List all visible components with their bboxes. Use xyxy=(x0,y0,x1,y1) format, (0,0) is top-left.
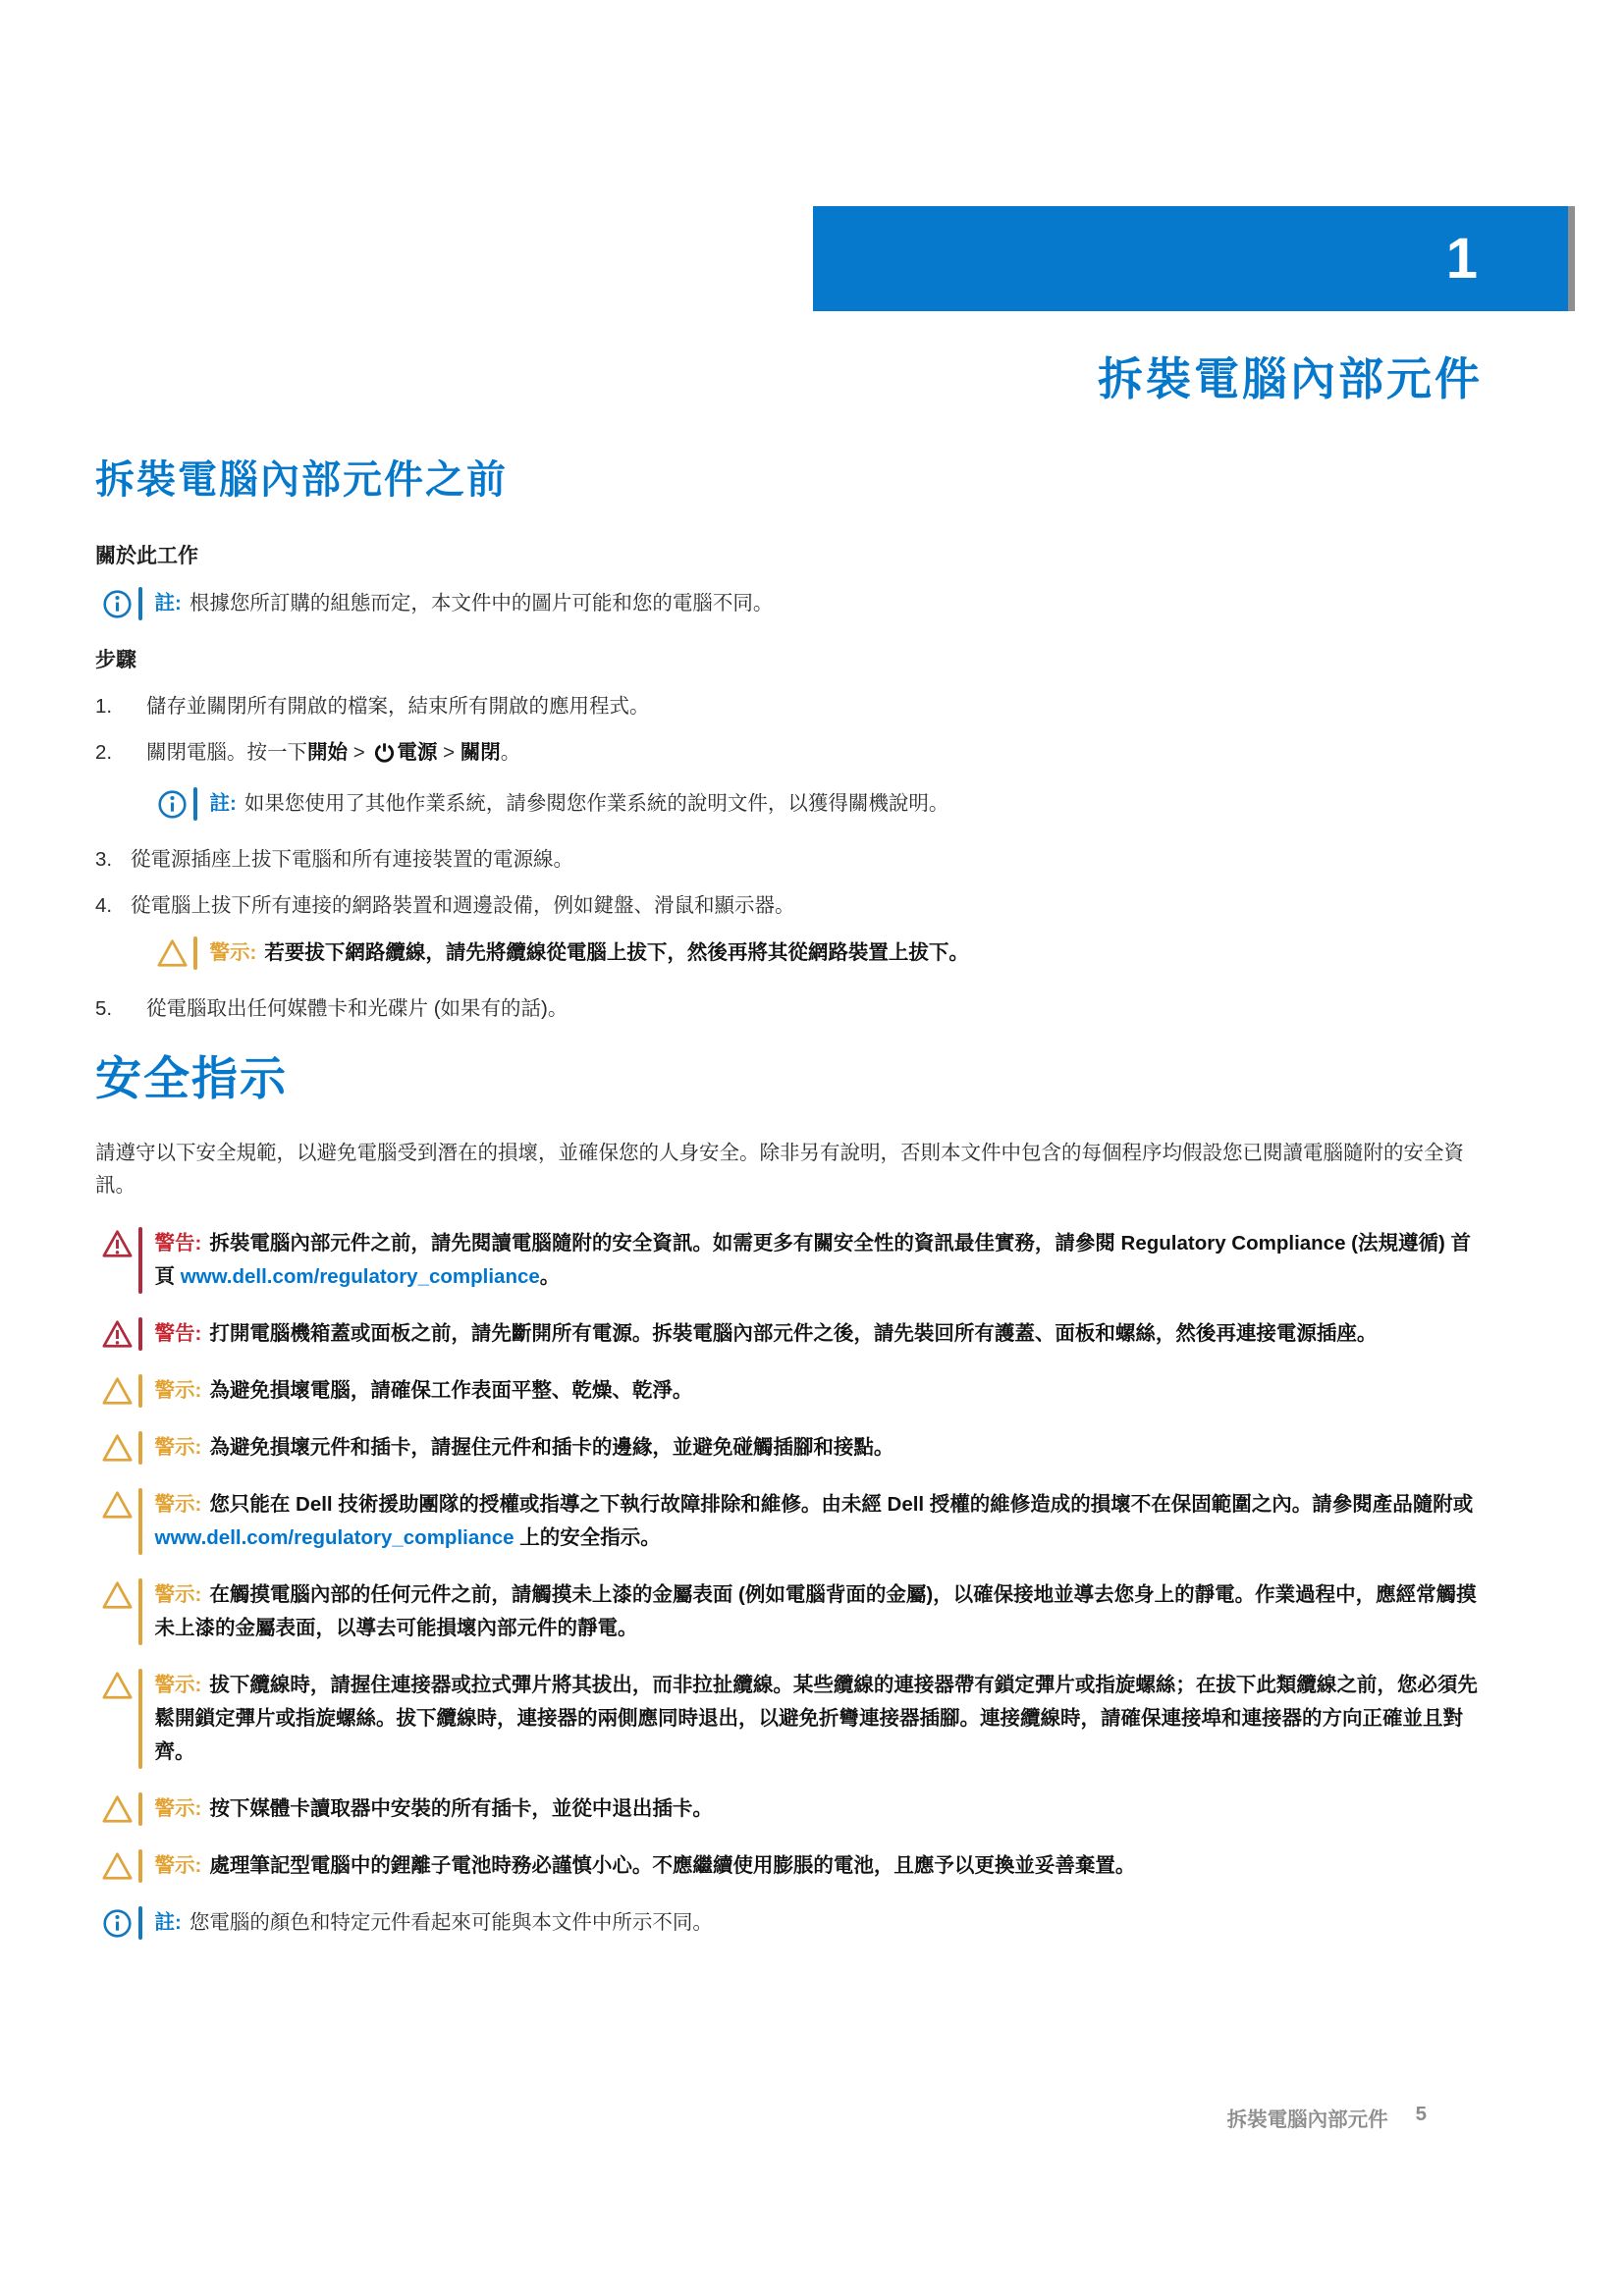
text-segment: 關閉 xyxy=(460,741,501,764)
note-callout-text: 註:如果您使用了其他作業系統，請參閱您作業系統的說明文件，以獲得關機說明。 xyxy=(210,787,1483,821)
note-callout-label: 註: xyxy=(155,1911,182,1934)
text-segment: 從電腦取出任何媒體卡和光碟片 (如果有的話)。 xyxy=(146,997,568,1020)
text-segment: 按下媒體卡讀取器中安裝的所有插卡，並從中退出插卡。 xyxy=(209,1797,713,1820)
regulatory-compliance-link[interactable]: www.dell.com/regulatory_compliance xyxy=(181,1265,540,1288)
step-item: 3.從電源插座上拔下電腦和所有連接裝置的電源線。 xyxy=(95,844,1482,876)
callout-vertical-bar xyxy=(138,1849,142,1883)
callout-vertical-bar xyxy=(138,1374,142,1408)
chapter-banner: 1 xyxy=(813,206,1575,311)
caution-callout-text: 警示:在觸摸電腦內部的任何元件之前，請觸摸未上漆的金屬表面 (例如電腦背面的金屬… xyxy=(155,1578,1483,1645)
body-paragraph: 請遵守以下安全規範，以避免電腦受到潛在的損壞，並確保您的人身安全。除非另有說明，… xyxy=(95,1137,1482,1201)
note-callout-label: 註: xyxy=(210,792,237,815)
step-number: 4. xyxy=(95,890,131,922)
warning-triangle-icon xyxy=(95,1431,138,1465)
caution-callout-text: 警示:為避免損壞電腦，請確保工作表面平整、乾燥、乾淨。 xyxy=(155,1374,1483,1408)
text-segment: 請遵守以下安全規範，以避免電腦受到潛在的損壞，並確保您的人身安全。除非另有說明，… xyxy=(95,1142,1464,1197)
warning-triangle-icon xyxy=(95,1488,138,1555)
caution-callout-text: 警示:按下媒體卡讀取器中安裝的所有插卡，並從中退出插卡。 xyxy=(155,1792,1483,1826)
warning-callout-label: 警告: xyxy=(155,1232,202,1255)
step-text: 從電腦上拔下所有連接的網路裝置和週邊設備，例如鍵盤、滑鼠和顯示器。 xyxy=(131,890,1482,922)
step-text: 從電腦取出任何媒體卡和光碟片 (如果有的話)。 xyxy=(146,993,1482,1025)
callout-vertical-bar xyxy=(138,1488,142,1555)
section-heading: 拆裝電腦內部元件之前 xyxy=(95,457,1482,503)
text-segment: 拔下纜線時，請握住連接器或拉式彈片將其拔出，而非拉扯纜線。某些纜線的連接器帶有鎖… xyxy=(155,1674,1478,1763)
warning-callout-text: 警告:打開電腦機箱蓋或面板之前，請先斷開所有電源。拆裝電腦內部元件之後，請先裝回… xyxy=(155,1317,1483,1351)
warning-triangle-icon xyxy=(95,1792,138,1826)
text-segment: 。 xyxy=(540,1265,561,1288)
note-callout-label: 註: xyxy=(155,592,182,614)
text-segment: 為避免損壞元件和插卡，請握住元件和插卡的邊緣，並避免碰觸插腳和接點。 xyxy=(209,1436,893,1459)
text-segment: 。 xyxy=(501,741,521,764)
text-segment: 在觸摸電腦內部的任何元件之前，請觸摸未上漆的金屬表面 (例如電腦背面的金屬)，以… xyxy=(155,1583,1477,1639)
step-item: 2.關閉電腦。按一下開始 > 電源 > 關閉。 xyxy=(95,737,1482,773)
regulatory-compliance-link[interactable]: www.dell.com/regulatory_compliance xyxy=(155,1526,514,1549)
warning-triangle-icon xyxy=(95,1849,138,1883)
text-segment: 上的安全指示。 xyxy=(514,1526,661,1549)
page-footer: 拆裝電腦內部元件 5 xyxy=(1227,2103,1427,2132)
text-segment: 關閉電腦。按一下 xyxy=(146,741,307,764)
chapter-title: 拆裝電腦內部元件 xyxy=(1098,344,1483,408)
callout-vertical-bar xyxy=(138,1669,142,1769)
note-callout: 註:根據您所訂購的組態而定，本文件中的圖片可能和您的電腦不同。 xyxy=(95,587,1482,620)
note-callout-text: 註:您電腦的顏色和特定元件看起來可能與本文件中所示不同。 xyxy=(155,1906,1483,1940)
caution-callout-text: 警示:拔下纜線時，請握住連接器或拉式彈片將其拔出，而非拉扯纜線。某些纜線的連接器… xyxy=(155,1669,1483,1769)
sub-section-label: 關於此工作 xyxy=(95,540,1482,569)
caution-callout: 警示:若要拔下網路纜線，請先將纜線從電腦上拔下，然後再將其從網路裝置上拔下。 xyxy=(150,936,1482,970)
caution-callout-label: 警示: xyxy=(210,941,257,964)
callout-vertical-bar xyxy=(138,587,142,620)
text-segment: 您電腦的顏色和特定元件看起來可能與本文件中所示不同。 xyxy=(189,1911,713,1934)
section-heading: 安全指示 xyxy=(95,1052,1482,1105)
step-number: 1. xyxy=(95,691,146,722)
callout-vertical-bar xyxy=(138,1431,142,1465)
callout-vertical-bar xyxy=(138,1578,142,1645)
caution-callout: 警示:在觸摸電腦內部的任何元件之前，請觸摸未上漆的金屬表面 (例如電腦背面的金屬… xyxy=(95,1578,1482,1645)
note-callout-text: 註:根據您所訂購的組態而定，本文件中的圖片可能和您的電腦不同。 xyxy=(155,587,1483,620)
sub-section-label: 步驟 xyxy=(95,644,1482,673)
text-segment: 您只能在 Dell 技術援助團隊的授權或指導之下執行故障排除和維修。由未經 De… xyxy=(209,1493,1473,1516)
callout-vertical-bar xyxy=(138,1906,142,1940)
caution-callout-text: 警示:為避免損壞元件和插卡，請握住元件和插卡的邊緣，並避免碰觸插腳和接點。 xyxy=(155,1431,1483,1465)
step-text: 關閉電腦。按一下開始 > 電源 > 關閉。 xyxy=(146,737,1482,773)
text-segment: 如果您使用了其他作業系統，請參閱您作業系統的說明文件，以獲得關機說明。 xyxy=(244,792,949,815)
warning-triangle-icon xyxy=(95,1669,138,1769)
caution-callout-text: 警示:處理筆記型電腦中的鋰離子電池時務必謹慎小心。不應繼續使用膨脹的電池，且應予… xyxy=(155,1849,1483,1883)
caution-callout: 警示:處理筆記型電腦中的鋰離子電池時務必謹慎小心。不應繼續使用膨脹的電池，且應予… xyxy=(95,1849,1482,1883)
note-callout: 註:如果您使用了其他作業系統，請參閱您作業系統的說明文件，以獲得關機說明。 xyxy=(150,787,1482,821)
step-item: 5.從電腦取出任何媒體卡和光碟片 (如果有的話)。 xyxy=(95,993,1482,1025)
caution-callout-label: 警示: xyxy=(155,1379,202,1402)
step-text: 從電源插座上拔下電腦和所有連接裝置的電源線。 xyxy=(131,844,1482,876)
step-text: 儲存並關閉所有開啟的檔案，結束所有開啟的應用程式。 xyxy=(146,691,1482,722)
step-number: 2. xyxy=(95,737,146,773)
note-callout: 註:您電腦的顏色和特定元件看起來可能與本文件中所示不同。 xyxy=(95,1906,1482,1940)
caution-callout: 警示:按下媒體卡讀取器中安裝的所有插卡，並從中退出插卡。 xyxy=(95,1792,1482,1826)
callout-vertical-bar xyxy=(138,1317,142,1351)
text-segment: 處理筆記型電腦中的鋰離子電池時務必謹慎小心。不應繼續使用膨脹的電池，且應予以更換… xyxy=(209,1854,1135,1877)
callout-vertical-bar xyxy=(138,1227,142,1294)
warning-callout-label: 警告: xyxy=(155,1322,202,1345)
caution-callout-label: 警示: xyxy=(155,1583,202,1606)
callout-vertical-bar xyxy=(193,936,197,970)
text-segment: 為避免損壞電腦，請確保工作表面平整、乾燥、乾淨。 xyxy=(209,1379,692,1402)
text-segment: > xyxy=(348,741,370,764)
footer-chapter-label: 拆裝電腦內部元件 xyxy=(1227,2103,1388,2132)
power-icon xyxy=(374,741,395,773)
callout-vertical-bar xyxy=(138,1792,142,1826)
caution-callout-label: 警示: xyxy=(155,1493,202,1516)
text-segment: 從電腦上拔下所有連接的網路裝置和週邊設備，例如鍵盤、滑鼠和顯示器。 xyxy=(131,894,795,917)
text-segment: 打開電腦機箱蓋或面板之前，請先斷開所有電源。拆裝電腦內部元件之後，請先裝回所有護… xyxy=(209,1322,1377,1345)
text-segment: 根據您所訂購的組態而定，本文件中的圖片可能和您的電腦不同。 xyxy=(189,592,774,614)
footer-page-number: 5 xyxy=(1416,2103,1427,2132)
text-segment: 從電源插座上拔下電腦和所有連接裝置的電源線。 xyxy=(131,848,573,871)
step-item: 1.儲存並關閉所有開啟的檔案，結束所有開啟的應用程式。 xyxy=(95,691,1482,722)
step-item: 4.從電腦上拔下所有連接的網路裝置和週邊設備，例如鍵盤、滑鼠和顯示器。 xyxy=(95,890,1482,922)
content-flow: 拆裝電腦內部元件之前關於此工作註:根據您所訂購的組態而定，本文件中的圖片可能和您… xyxy=(95,457,1482,1963)
caution-callout: 警示:拔下纜線時，請握住連接器或拉式彈片將其拔出，而非拉扯纜線。某些纜線的連接器… xyxy=(95,1669,1482,1769)
step-number: 3. xyxy=(95,844,131,876)
step-number: 5. xyxy=(95,993,146,1025)
caution-callout-label: 警示: xyxy=(155,1854,202,1877)
warning-triangle-icon xyxy=(150,936,193,970)
caution-callout: 警示:為避免損壞元件和插卡，請握住元件和插卡的邊緣，並避免碰觸插腳和接點。 xyxy=(95,1431,1482,1465)
warning-callout-text: 警告:拆裝電腦內部元件之前，請先閱讀電腦隨附的安全資訊。如需更多有關安全性的資訊… xyxy=(155,1227,1483,1294)
caution-callout-label: 警示: xyxy=(155,1436,202,1459)
info-circle-icon xyxy=(95,587,138,620)
caution-callout-label: 警示: xyxy=(155,1797,202,1820)
callout-vertical-bar xyxy=(193,787,197,821)
warning-triangle-icon xyxy=(95,1374,138,1408)
warning-triangle-exclamation-icon xyxy=(95,1227,138,1294)
info-circle-icon xyxy=(95,1906,138,1940)
info-circle-icon xyxy=(150,787,193,821)
text-segment: 電源 xyxy=(397,741,437,764)
warning-triangle-exclamation-icon xyxy=(95,1317,138,1351)
caution-callout: 警示:您只能在 Dell 技術援助團隊的授權或指導之下執行故障排除和維修。由未經… xyxy=(95,1488,1482,1555)
warning-triangle-icon xyxy=(95,1578,138,1645)
caution-callout-text: 警示:若要拔下網路纜線，請先將纜線從電腦上拔下，然後再將其從網路裝置上拔下。 xyxy=(210,936,1483,970)
text-segment: > xyxy=(437,741,460,764)
caution-callout: 警示:為避免損壞電腦，請確保工作表面平整、乾燥、乾淨。 xyxy=(95,1374,1482,1408)
text-segment: 開始 xyxy=(307,741,348,764)
caution-callout-label: 警示: xyxy=(155,1674,202,1696)
warning-callout: 警告:打開電腦機箱蓋或面板之前，請先斷開所有電源。拆裝電腦內部元件之後，請先裝回… xyxy=(95,1317,1482,1351)
chapter-number: 1 xyxy=(1446,231,1478,288)
warning-callout: 警告:拆裝電腦內部元件之前，請先閱讀電腦隨附的安全資訊。如需更多有關安全性的資訊… xyxy=(95,1227,1482,1294)
text-segment: 儲存並關閉所有開啟的檔案，結束所有開啟的應用程式。 xyxy=(146,695,650,718)
text-segment: 若要拔下網路纜線，請先將纜線從電腦上拔下，然後再將其從網路裝置上拔下。 xyxy=(264,941,969,964)
caution-callout-text: 警示:您只能在 Dell 技術援助團隊的授權或指導之下執行故障排除和維修。由未經… xyxy=(155,1488,1483,1555)
